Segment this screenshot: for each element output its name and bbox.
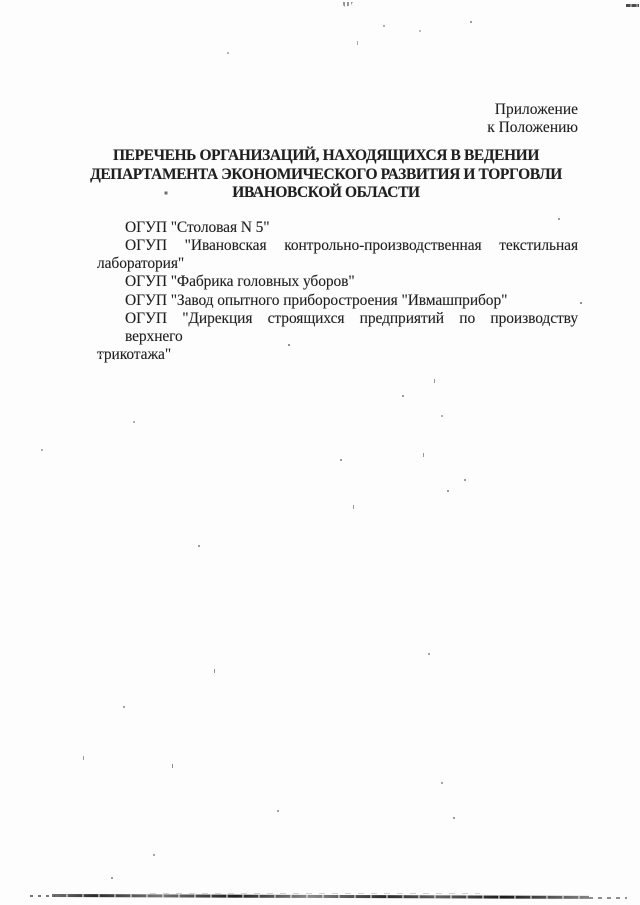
org-line: ОГУП "Фабрика головных уборов" — [97, 273, 578, 291]
title-line-3: ИВАНОВСКОЙ ОБЛАСТИ — [73, 184, 579, 203]
annex-line-2: к Положению — [487, 119, 578, 137]
title-line-2: ДЕПАРТАМЕНТА ЭКОНОМИЧЕСКОГО РАЗВИТИЯ И Т… — [73, 166, 579, 185]
organization-list: ОГУП "Столовая N 5" ОГУП "Ивановская кон… — [97, 219, 578, 364]
org-line: трикотажа" — [97, 346, 578, 364]
org-line: лаборатория" — [97, 255, 578, 273]
org-item: ОГУП "Ивановская контрольно-производстве… — [97, 237, 578, 273]
scan-artifact-dash — [626, 4, 639, 7]
org-line: ОГУП "Ивановская контрольно-производстве… — [97, 237, 578, 255]
scanned-document-page: Приложение к Положению ПЕРЕЧЕНЬ ОРГАНИЗА… — [0, 0, 640, 905]
scan-speck-ticks — [0, 0, 1, 4]
document-title: ПЕРЕЧЕНЬ ОРГАНИЗАЦИЙ, НАХОДЯЩИХСЯ В ВЕДЕ… — [73, 147, 579, 203]
org-line: ОГУП "Дирекция строящихся предприятий по… — [97, 310, 578, 346]
org-item: ОГУП "Столовая N 5" — [97, 219, 578, 237]
scan-edge-dashes-right — [589, 897, 627, 899]
annex-line-1: Приложение — [487, 101, 578, 119]
scan-speck-cluster — [343, 2, 353, 7]
scan-edge-line — [52, 894, 589, 899]
org-item: ОГУП "Завод опытного приборостроения "Ив… — [97, 292, 578, 310]
annex-note: Приложение к Положению — [487, 101, 578, 138]
org-item: ОГУП "Фабрика головных уборов" — [97, 273, 578, 291]
org-line: ОГУП "Завод опытного приборостроения "Ив… — [97, 292, 578, 310]
org-item: ОГУП "Дирекция строящихся предприятий по… — [97, 310, 578, 364]
title-line-1: ПЕРЕЧЕНЬ ОРГАНИЗАЦИЙ, НАХОДЯЩИХСЯ В ВЕДЕ… — [73, 147, 579, 166]
org-line: ОГУП "Столовая N 5" — [97, 219, 578, 237]
